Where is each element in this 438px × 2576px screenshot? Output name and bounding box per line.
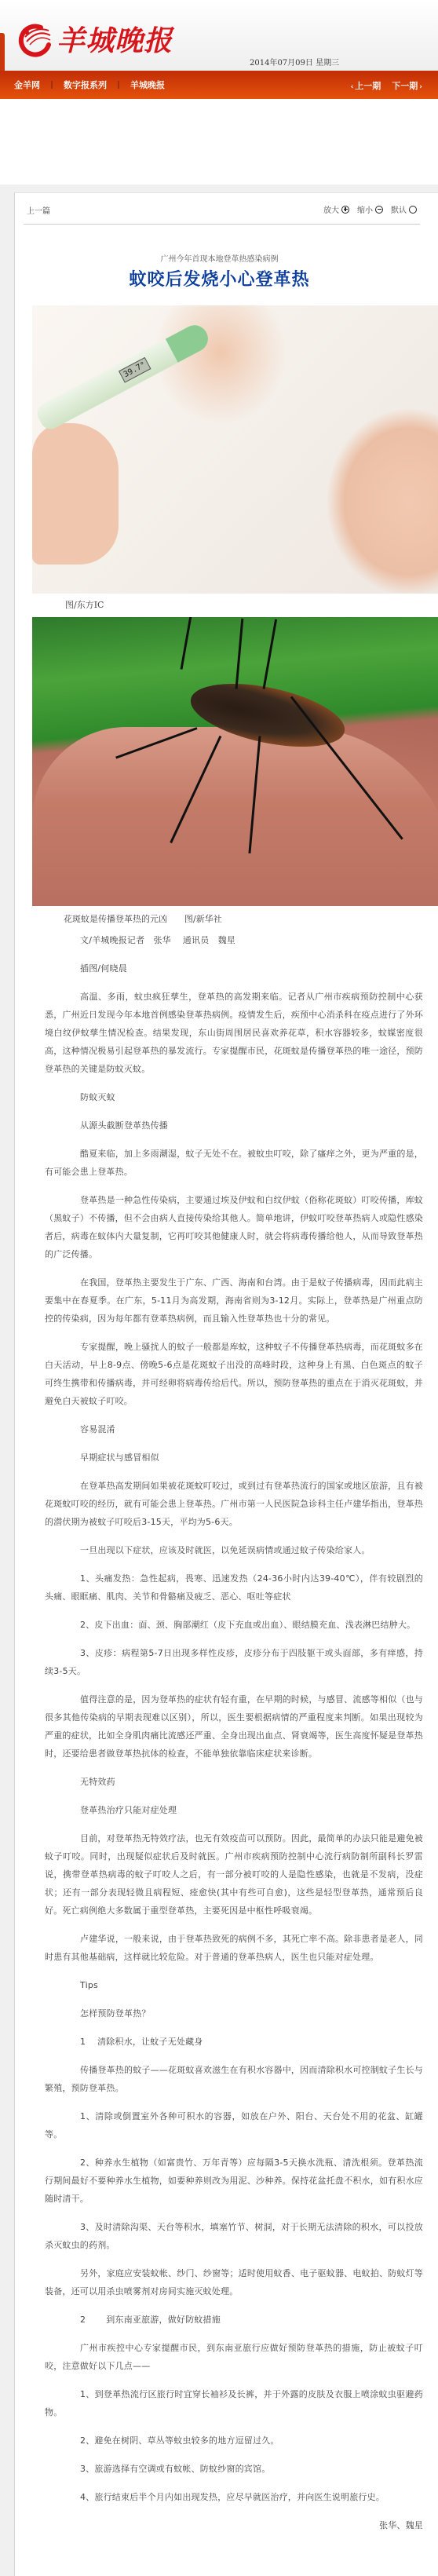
thermometer-reading: 39.7° <box>119 357 151 383</box>
tip-heading: 2 到东南亚旅游，做好防蚊措施 <box>45 2311 423 2329</box>
article-panel: 上一篇 放大 缩小 默认 广州今年首现本地登革热感染病例 蚊咬后发烧小心登革热 <box>14 192 438 2576</box>
article-body: 文/羊城晚报记者 张华 通讯员 魏星 插图/何晓晨 高温、多雨，蚊虫疯狂孳生，登… <box>15 931 438 2534</box>
section-subheading: 从源头截断登革热传播 <box>45 1116 423 1135</box>
paragraph: 目前，对登革热无特效疗法，也无有效疫苗可以预防。因此，最简单的办法只能是避免被蚊… <box>45 1829 423 1920</box>
nav-item-digital-series[interactable]: 数字报系列 <box>64 79 107 91</box>
paragraph: 值得注意的是，因为登革热的症状有轻有重，在早期的时候，与感冒、流感等相似（也与很… <box>45 1690 423 1763</box>
tip-heading: 1 清除积水，让蚊子无处藏身 <box>45 2033 423 2051</box>
paragraph: 一旦出现以下症状，应该及时就医，以免延误病情或通过蚊子传染给家人。 <box>45 1541 423 1559</box>
font-size-controls: 放大 缩小 默认 <box>323 203 417 215</box>
symptom-item: 2、皮下出血：面、颈、胸部潮红（皮下充血或出血）、眼结膜充血、浅表淋巴结肿大。 <box>45 1616 423 1634</box>
section-heading: 容易混淆 <box>45 1420 423 1438</box>
zoom-in-button[interactable]: 放大 <box>323 203 349 215</box>
paragraph: 专家提醒，晚上骚扰人的蚊子一般都是库蚊，这种蚊子不传播登革热病毒，而花斑蚊多在白… <box>45 1338 423 1410</box>
tips-label: Tips <box>45 1976 423 1994</box>
byline: 文/羊城晚报记者 张华 通讯员 魏星 <box>45 931 423 949</box>
photo-caption: 花斑蚊是传播登革热的元凶 图/新华社 <box>15 912 438 925</box>
tip-item: 3、及时清除沟渠、天台等积水，填塞竹节、树洞，对于长期无法清除的积水，可以投放杀… <box>45 2218 423 2254</box>
tip-item: 2、避免在树阴、草丛等蚊虫较多的地方逗留过久。 <box>45 2432 423 2450</box>
issue-pager: ‹上一期 下一期› <box>349 79 424 92</box>
chevron-right-icon: › <box>419 83 422 91</box>
photo-child-thermometer: 39.7° <box>32 305 438 594</box>
photo-caption: 图/东方IC <box>15 598 438 611</box>
paragraph: 在登革热高发期间如果被花斑蚊叮咬过，或到过有登革热流行的国家或地区旅游，且有被花… <box>45 1477 423 1531</box>
section-heading: 防蚊灭蚊 <box>45 1088 423 1106</box>
thermometer-shape: 39.7° <box>34 320 213 433</box>
nav-item-ycwb[interactable]: 羊城晚报 <box>130 79 165 91</box>
site-logo[interactable]: 羊城晚报 <box>17 19 173 59</box>
minus-circle-icon <box>375 206 383 214</box>
tip-item: 1、到登革热流行区旅行时宜穿长袖衫及长裤，并于外露的皮肤及衣服上喷涂蚊虫驱避药物… <box>45 2385 423 2421</box>
tips-question: 怎样预防登革热？ <box>45 2004 423 2022</box>
zoom-out-button[interactable]: 缩小 <box>357 203 383 215</box>
issue-date: 2014年07月09日 星期三 <box>250 56 339 68</box>
nav-item-jinyang[interactable]: 金羊网 <box>14 79 40 91</box>
page-body: 上一篇 放大 缩小 默认 广州今年首现本地登革热感染病例 蚊咬后发烧小心登革热 <box>0 185 438 2576</box>
paragraph: 卢建华说，一般来说，由于登革热致死的病例不多，其死亡率不高。除非患者是老人，同时… <box>45 1930 423 1966</box>
nav-divider <box>51 81 53 89</box>
paragraph: 酷夏来临，加上多雨潮湿，蚊子无处不在。被蚊虫叮咬，除了瘙痒之外，更为严重的是，有… <box>45 1145 423 1181</box>
reset-zoom-button[interactable]: 默认 <box>391 203 417 215</box>
article-subtitle: 广州今年首现本地登革热感染病例 <box>15 252 438 264</box>
tip-item: 1、清除或倒置室外各种可积水的容器，如放在户外、阳台、天台处不用的花盆、缸罐等。 <box>45 2107 423 2143</box>
symptom-item: 3、皮疹：病程第5-7日出现多样性皮疹，皮疹分布于四肢躯干或头面部，多有痒感，持… <box>45 1644 423 1680</box>
section-subheading: 登革热治疗只能对症处理 <box>45 1801 423 1819</box>
section-subheading: 早期症状与感冒相似 <box>45 1449 423 1467</box>
paragraph: 在我国，登革热主要发生于广东、广西、海南和台湾。由于是蚊子传播病毒，因而此病主要… <box>45 1273 423 1328</box>
paragraph: 登革热是一种急性传染病，主要通过埃及伊蚊和白纹伊蚊（俗称花斑蚊）叮咬传播，库蚊（… <box>45 1191 423 1263</box>
circle-icon <box>409 206 417 214</box>
nav-divider <box>118 81 119 89</box>
ad-space <box>0 99 438 185</box>
article-toolbar: 上一篇 放大 缩小 默认 <box>24 193 420 225</box>
tip-item: 2、种养水生植物（如富贵竹、万年青等）应每隔3-5天换水洗瓶、清洗根须。登革热流… <box>45 2154 423 2208</box>
paragraph: 广州市疾控中心专家提醒市民，到东南亚旅行应做好预防登革热的措施，防止被蚊子叮咬，… <box>45 2339 423 2375</box>
prev-article-link[interactable]: 上一篇 <box>27 204 50 216</box>
article-headline: 蚊咬后发烧小心登革热 <box>15 266 438 290</box>
illustration-credit: 插图/何晓晨 <box>45 959 423 977</box>
photo-mosquito <box>32 617 438 906</box>
logo-emblem-icon <box>17 21 53 57</box>
symptom-item: 1、头痛发热：急性起病，畏寒、迅速发热（24-36小时内达39-40℃），伴有较… <box>45 1569 423 1606</box>
paragraph: 传播登革热的蚊子——花斑蚊喜欢滋生在有积水容器中，因而清除积水可控制蚊子生长与繁… <box>45 2061 423 2097</box>
chevron-left-icon: ‹ <box>351 83 354 91</box>
section-heading: 无特效药 <box>45 1773 423 1791</box>
hand-shape <box>32 423 119 565</box>
site-header: 羊城晚报 2014年07月09日 星期三 <box>0 0 438 71</box>
top-nav: 金羊网 数字报系列 羊城晚报 ‹上一期 下一期› <box>0 71 438 99</box>
paragraph: 高温、多雨，蚊虫疯狂孳生，登革热的高发期来临。记者从广州市疾病预防控制中心获悉，… <box>45 988 423 1078</box>
author-signature: 张华、魏星 <box>45 2516 423 2534</box>
next-issue-link[interactable]: 下一期› <box>392 79 424 92</box>
tip-item: 4、旅行结束后半个月内如出现发热，应尽早就医治疗，并向医生说明旅行史。 <box>45 2488 423 2506</box>
skin-shape <box>32 727 438 906</box>
prev-issue-link[interactable]: ‹上一期 <box>349 79 381 92</box>
plus-circle-icon <box>341 206 349 214</box>
paragraph: 另外，家庭应安装蚊帐、纱门、纱窗等；适时使用蚊香、电子驱蚊器、电蚊拍、防蚊灯等装… <box>45 2264 423 2300</box>
tip-item: 3、旅游选择有空调或有蚊帐、防蚊纱窗的宾馆。 <box>45 2460 423 2478</box>
logo-text: 羊城晚报 <box>57 19 173 59</box>
